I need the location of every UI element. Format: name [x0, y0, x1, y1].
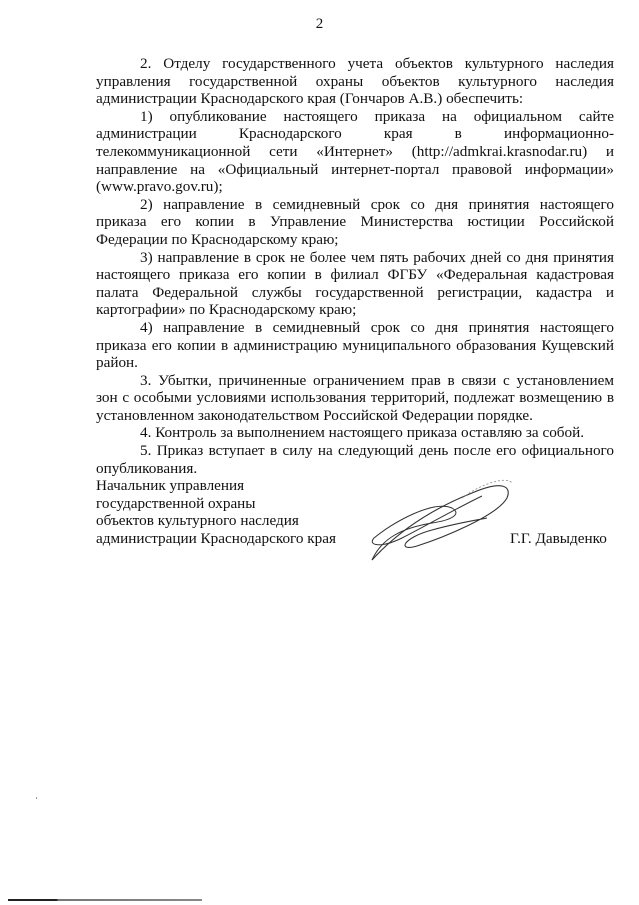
subitem-3-cadastral-chamber: 3) направление в срок не более чем пять …: [96, 249, 614, 319]
signatory-title-line: Начальник управления: [96, 477, 346, 495]
document-body: 2. Отделу государственного учета объекто…: [96, 55, 614, 477]
subitem-4-municipal-admin: 4) направление в семидневный срок со дня…: [96, 319, 614, 372]
subitem-2-ministry-justice: 2) направление в семидневный срок со дня…: [96, 196, 614, 249]
paragraph-item-3-losses: 3. Убытки, причиненные ограничением прав…: [96, 372, 614, 425]
signatory-title-line: объектов культурного наследия: [96, 512, 346, 530]
signatory-title-line: государственной охраны: [96, 495, 346, 513]
signatory-title-line: администрации Краснодарского края: [96, 530, 346, 548]
paragraph-item-2: 2. Отделу государственного учета объекто…: [96, 55, 614, 108]
paragraph-item-4-control: 4. Контроль за выполнением настоящего пр…: [96, 424, 614, 442]
footer-rule: [8, 899, 202, 901]
paragraph-item-5-effective: 5. Приказ вступает в силу на следующий д…: [96, 442, 614, 477]
page-number: 2: [0, 16, 639, 33]
scan-artifact: [36, 797, 37, 799]
document-page: 2 2. Отделу государственного учета объек…: [0, 0, 639, 905]
subitem-1-publication: 1) опубликование настоящего приказа на о…: [96, 108, 614, 196]
signatory-name: Г.Г. Давыденко: [510, 530, 607, 548]
signatory-title: Начальник управления государственной охр…: [96, 477, 346, 547]
handwritten-signature-icon: [362, 468, 532, 568]
